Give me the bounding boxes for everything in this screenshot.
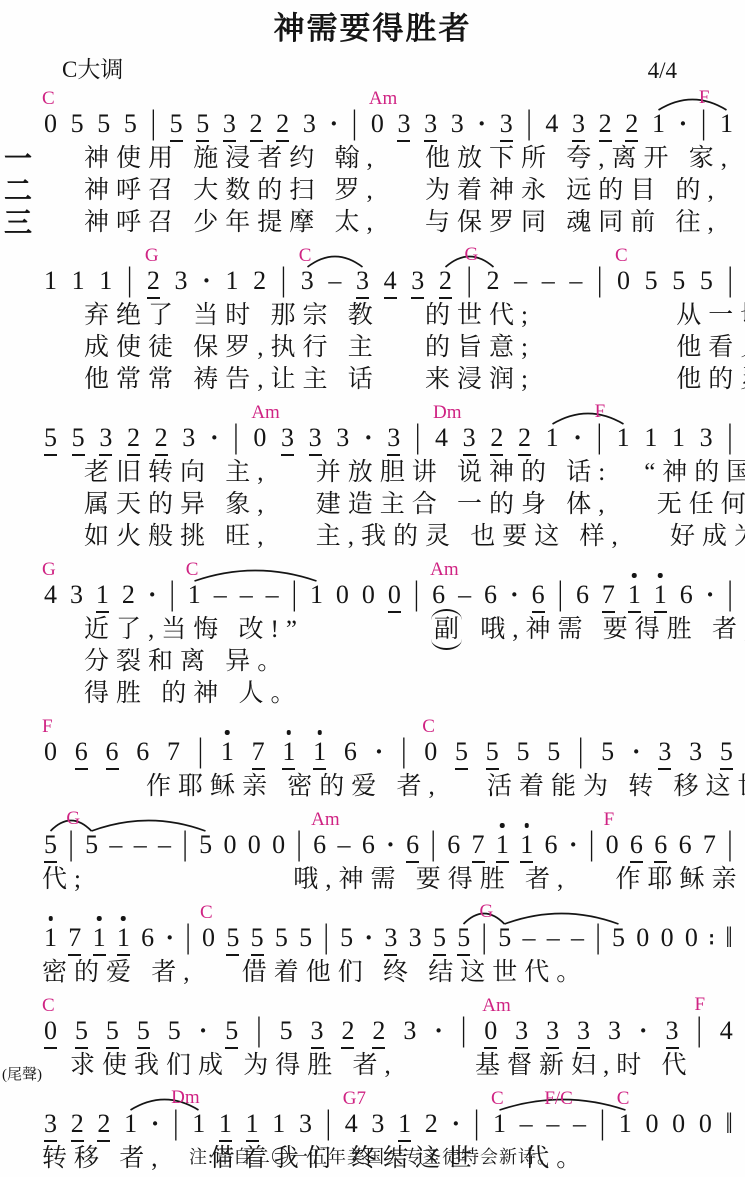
chord-label: F/C	[544, 1089, 573, 1108]
note-token: 5	[299, 925, 312, 956]
note-digit: |	[727, 577, 732, 617]
augmentation-dot: ·	[386, 832, 395, 863]
note-digit: –	[571, 925, 584, 956]
tie-arc	[553, 414, 624, 425]
note-digit: 2	[71, 1111, 84, 1142]
note-token: 5	[457, 925, 470, 956]
barline: |	[727, 424, 732, 456]
note-digit: |	[466, 263, 471, 303]
note-digit: ·	[706, 582, 715, 613]
note-digit: 5	[601, 739, 614, 770]
note-token: 3	[336, 425, 349, 456]
note-digit: 5	[168, 1018, 181, 1049]
barline: G|	[482, 924, 487, 956]
chord-label: Am	[482, 996, 511, 1015]
lyric-line: 作耶稣亲 密的爱 者, 活着能为 转 移这世	[42, 771, 737, 803]
lyric-text: 近了,当悔 改!” 副 哦,神需 要得胜 者,	[84, 616, 745, 643]
note-digit: |	[198, 734, 203, 774]
note-digit: 1	[72, 268, 85, 299]
duration-dash: –	[328, 268, 341, 299]
note-token: 3	[411, 268, 424, 299]
note-digit: 2	[518, 425, 531, 456]
note-digit: 4	[345, 1111, 358, 1142]
note-token: 1	[96, 582, 109, 613]
note-digit: 4	[44, 582, 57, 613]
note-digit: –	[520, 1111, 533, 1142]
note-digit: 1	[628, 582, 641, 613]
notation-line: F06667|17116·|C05555|5·335	[42, 712, 737, 770]
note-digit: ‖	[725, 923, 732, 959]
octave-dot-icon	[658, 573, 663, 578]
note-digit: ·	[210, 425, 219, 456]
note-token: 4	[720, 1018, 733, 1049]
octave-dot-icon	[287, 730, 292, 735]
note-token: 5	[433, 925, 446, 956]
note-token: G74	[345, 1111, 358, 1142]
note-token: 2	[518, 425, 531, 456]
note-digit: |	[68, 827, 73, 867]
note-token: C1	[619, 1111, 632, 1142]
note-digit: 6	[136, 739, 149, 770]
music-system: C0555|553223·|Am0333·3|43221·F|1一神使用 施浸者…	[42, 84, 737, 239]
note-digit: –	[458, 582, 471, 613]
note-digit: 5	[251, 925, 264, 956]
barline: Dm|	[173, 1110, 178, 1142]
note-digit: 2	[127, 425, 140, 456]
note-token: C3	[301, 268, 314, 299]
octave-dot-icon	[97, 916, 102, 921]
rest-token: 0	[645, 1111, 658, 1142]
note-digit: |	[281, 263, 286, 303]
note-digit: 1	[672, 425, 685, 456]
note-token: 5	[85, 832, 98, 863]
note-digit: ·	[329, 111, 338, 142]
lyric-text: 他常常 祷告,让主 话 来浸润; 他的灵	[84, 366, 745, 393]
duration-dash: –	[266, 582, 279, 613]
note-token: 1	[99, 268, 112, 299]
note-digit: –	[546, 1111, 559, 1142]
duration-dash: –	[337, 832, 350, 863]
note-digit: ·	[199, 1018, 208, 1049]
note-token: 6	[679, 832, 692, 863]
note-digit: 0	[371, 111, 384, 142]
note-token: 2	[425, 1111, 438, 1142]
duration-dash: –	[547, 925, 560, 956]
note-digit: 2	[276, 111, 289, 142]
note-token: 1	[246, 1111, 259, 1142]
note-token: 4	[545, 111, 558, 142]
note-digit: 0	[424, 739, 437, 770]
note-digit: 3	[223, 111, 236, 142]
note-digit: 0	[685, 925, 698, 956]
notation-line: 111|G23·12|C3–3432G|2–––|C0555|	[42, 241, 737, 299]
note-digit: 5	[225, 1018, 238, 1049]
note-digit: ·	[510, 582, 519, 613]
note-digit: ·	[386, 832, 395, 863]
note-token: 1	[313, 739, 326, 770]
note-token: 2	[97, 1111, 110, 1142]
note-token: 6	[630, 832, 643, 863]
rest-token: 0	[685, 925, 698, 956]
music-system: C05555·5|53223·|Am03333·3F|4(尾聲)求使我们成 为得…	[42, 991, 737, 1082]
note-digit: |	[292, 577, 297, 617]
note-digit: 1	[654, 582, 667, 613]
note-digit: 1	[520, 832, 533, 863]
note-token: 6	[141, 925, 154, 956]
rest-token: 0	[672, 1111, 685, 1142]
note-digit: 5	[275, 925, 288, 956]
lyric-line: 二神呼召 大数的扫 罗, 为着神永 远的目 的,	[42, 175, 737, 207]
note-digit: 3	[577, 1018, 590, 1049]
final-barline: ‖	[726, 1111, 733, 1142]
music-system: 17116·|C05555|5·3355G|5–––|5000∶‖密的爱 者, …	[42, 898, 737, 989]
notation-line: 553223·|Am0333·3|Dm43221·F|1113|	[42, 398, 737, 456]
note-digit: 3	[515, 1018, 528, 1049]
lyric-text: 分裂和离 异。	[84, 648, 289, 675]
note-digit: ·	[202, 268, 211, 299]
note-token: 1	[628, 582, 641, 613]
notation-line: C05555·5|53223·|Am03333·3F|4	[42, 991, 737, 1049]
note-token: 3	[175, 268, 188, 299]
note-token: 5	[486, 739, 499, 770]
note-digit: 3	[303, 111, 316, 142]
chord-label: C	[42, 89, 55, 108]
rest-token: 0	[248, 832, 261, 863]
note-digit: 2	[155, 425, 168, 456]
barline: |	[256, 1017, 261, 1049]
duration-dash: –	[240, 582, 253, 613]
note-token: 5	[455, 739, 468, 770]
note-token: 7	[602, 582, 615, 613]
chord-label: Am	[430, 560, 459, 579]
note-digit: 6	[141, 925, 154, 956]
note-digit: 3	[451, 111, 464, 142]
note-digit: 1	[93, 925, 106, 956]
augmentation-dot: ·	[679, 111, 688, 142]
note-digit: 1	[493, 1111, 506, 1142]
music-system: F06667|17116·|C05555|5·335作耶稣亲 密的爱 者, 活着…	[42, 712, 737, 803]
note-digit: 5	[612, 925, 625, 956]
note-digit: 5	[226, 925, 239, 956]
note-digit: 3	[546, 1018, 559, 1049]
note-digit: 3	[309, 425, 322, 456]
note-digit: 5	[672, 268, 685, 299]
note-token: 1	[617, 425, 630, 456]
note-token: 3	[515, 1018, 528, 1049]
barline: |	[727, 831, 732, 863]
lyrics-block: 弃绝了 当时 那宗 教 的世代; 从一切成使徒 保罗,执行 主 的旨意; 他看见…	[42, 300, 737, 396]
note-digit: 5	[106, 1018, 119, 1049]
note-digit: –	[240, 582, 253, 613]
note-digit: |	[482, 920, 487, 960]
note-token: 1	[644, 425, 657, 456]
note-digit: 0	[272, 832, 285, 863]
note-digit: 3	[301, 268, 314, 299]
note-token: 1	[496, 832, 509, 863]
note-digit: 0	[661, 925, 674, 956]
note-digit: |	[727, 420, 732, 460]
note-digit: 5	[498, 925, 511, 956]
augmentation-dot: ·	[632, 739, 641, 770]
note-digit: 5	[455, 739, 468, 770]
note-token: 3	[384, 925, 397, 956]
note-digit: 0	[44, 111, 57, 142]
note-digit: 1	[313, 739, 326, 770]
note-digit: |	[595, 920, 600, 960]
duration-dash: –	[569, 268, 582, 299]
note-digit: 5	[486, 739, 499, 770]
note-digit: 3	[299, 1111, 312, 1142]
note-digit: |	[727, 827, 732, 867]
barline: |	[526, 110, 531, 142]
note-token: 7	[472, 832, 485, 863]
note-token: 5	[124, 111, 137, 142]
note-token: 5	[672, 268, 685, 299]
note-digit: 5	[340, 925, 353, 956]
note-digit: –	[514, 268, 527, 299]
note-token: 1	[93, 925, 106, 956]
note-token: C1	[493, 1111, 506, 1142]
note-token: 5	[106, 1018, 119, 1049]
rest-token: C0	[44, 1018, 57, 1049]
note-digit: 6	[406, 832, 419, 863]
rest-token: C0	[617, 268, 630, 299]
note-digit: ·	[148, 582, 157, 613]
note-digit: 6	[630, 832, 643, 863]
note-digit: 5	[720, 739, 733, 770]
note-digit: 2	[253, 268, 266, 299]
final-barline: ‖	[725, 925, 732, 956]
chord-label: F	[42, 717, 53, 736]
chord-label: C	[42, 996, 55, 1015]
barline: |	[414, 581, 419, 613]
chord-label: C	[299, 246, 312, 265]
rest-token: 0	[661, 925, 674, 956]
note-token: 5	[170, 111, 183, 142]
note-digit: 6	[545, 832, 558, 863]
note-digit: 6	[344, 739, 357, 770]
note-digit: |	[256, 1013, 261, 1053]
rest-token: 0	[388, 582, 401, 613]
augmentation-dot: ·	[573, 425, 582, 456]
note-digit: ·	[364, 925, 373, 956]
barline: |	[401, 738, 406, 770]
note-digit: 3	[336, 425, 349, 456]
note-digit: 4	[545, 111, 558, 142]
note-digit: 7	[602, 582, 615, 613]
duration-dash: –	[571, 925, 584, 956]
note-digit: 6	[106, 739, 119, 770]
note-digit: 5	[457, 925, 470, 956]
note-digit: 3	[387, 425, 400, 456]
rest-token: 0	[636, 925, 649, 956]
note-digit: 6	[680, 582, 693, 613]
note-digit: 5	[299, 925, 312, 956]
lyric-text: 得胜 的神 人。	[84, 680, 303, 707]
note-digit: ∶	[709, 931, 714, 955]
lyric-line: 他常常 祷告,让主 话 来浸润; 他的灵	[42, 364, 737, 396]
note-digit: 1	[644, 425, 657, 456]
note-token: 5	[72, 425, 85, 456]
note-digit: 0	[223, 832, 236, 863]
notation-line: C0555|553223·|Am0333·3|43221·F|1	[42, 84, 737, 142]
lyric-text: 神呼召 少年提摩 太, 与保罗同 魂同前 往,	[84, 209, 721, 236]
note-digit: 5	[124, 111, 137, 142]
barline: |	[589, 831, 594, 863]
lyric-text: 神使用 施浸者约 翰, 他放下所 夸,离开 家,	[84, 145, 734, 172]
note-digit: 1	[225, 268, 238, 299]
note-digit: 3	[397, 111, 410, 142]
verse-label: 三	[4, 208, 32, 240]
note-digit: 7	[703, 832, 716, 863]
note-token: 6	[576, 582, 589, 613]
augmentation-dot: ·	[202, 268, 211, 299]
barline: |	[597, 267, 602, 299]
note-digit: 1	[96, 582, 109, 613]
note-token: 3	[182, 425, 195, 456]
note-token: Dm4	[435, 425, 448, 456]
note-digit: 0	[248, 832, 261, 863]
note-token: 1	[652, 111, 665, 142]
page-title: 神需要得胜者	[0, 0, 745, 47]
note-token: 2	[71, 1111, 84, 1142]
lyric-text: 弃绝了 当时 那宗 教 的世代; 从一切	[84, 302, 745, 329]
note-digit: 3	[44, 1111, 57, 1142]
note-token: 2	[276, 111, 289, 142]
note-digit: 0	[672, 1111, 685, 1142]
note-token: 5	[547, 739, 560, 770]
note-token: 2	[253, 268, 266, 299]
note-digit: 7	[167, 739, 180, 770]
lyrics-block: 近了,当悔 改!” 副 哦,神需 要得胜 者,分裂和离 异。得胜 的神 人。	[42, 614, 737, 710]
barline: |	[182, 831, 187, 863]
note-digit: |	[182, 827, 187, 867]
note-digit: |	[701, 106, 706, 146]
note-token: 3	[500, 111, 513, 142]
augmentation-dot: ·	[148, 582, 157, 613]
lyric-text: 如火般挑 旺, 主,我的灵 也要这 样, 好成为	[84, 523, 745, 550]
note-digit: 3	[281, 425, 294, 456]
note-digit: |	[401, 734, 406, 774]
lyric-line: (尾聲)求使我们成 为得胜 者, 基督新妇,时 代	[42, 1050, 737, 1082]
tie-arc	[195, 571, 317, 582]
duration-dash: –	[158, 832, 171, 863]
note-digit: |	[185, 920, 190, 960]
note-token: 5	[199, 832, 212, 863]
meta-row: C大调 4/4	[0, 47, 745, 84]
note-token: 3	[311, 1018, 324, 1049]
augmentation-dot: ·	[329, 111, 338, 142]
note-token: 5	[516, 739, 529, 770]
note-digit: |	[597, 263, 602, 303]
duration-dash: –	[458, 582, 471, 613]
note-token: 7	[252, 739, 265, 770]
sheet-music-page: 神需要得胜者 C大调 4/4 C0555|553223·|Am0333·3|43…	[0, 0, 745, 1177]
note-token: 1	[654, 582, 667, 613]
note-digit: –	[573, 1111, 586, 1142]
note-digit: 2	[372, 1018, 385, 1049]
note-token: 3	[70, 582, 83, 613]
verse-label: (尾聲)	[2, 1059, 42, 1091]
note-digit: 5	[547, 739, 560, 770]
note-digit: 3	[658, 739, 671, 770]
note-digit: 5	[700, 268, 713, 299]
note-token: 3	[223, 111, 236, 142]
notation-line: 17116·|C05555|5·3355G|5–––|5000∶‖	[42, 898, 737, 956]
note-digit: ·	[639, 1018, 648, 1049]
rest-token: 0	[272, 832, 285, 863]
lyric-line: 密的爱 者, 借着他们 终 结这世代。	[42, 957, 737, 989]
lyric-line: 老旧转向 主, 并放胆讲 说神的 话: “神的国	[42, 457, 737, 489]
note-token: 1	[44, 925, 57, 956]
augmentation-dot: ·	[569, 832, 578, 863]
chord-label: G7	[343, 1089, 366, 1108]
note-token: 3	[451, 111, 464, 142]
music-system: G4312·|C1–––|1000|Am6–6·6|67116·|近了,当悔 改…	[42, 555, 737, 710]
barline: |	[296, 831, 301, 863]
note-token: 7	[68, 925, 81, 956]
note-token: 1	[546, 425, 559, 456]
note-token: 6	[545, 832, 558, 863]
chord-label: F	[604, 810, 615, 829]
note-digit: 7	[68, 925, 81, 956]
lyrics-block: 密的爱 者, 借着他们 终 结这世代。	[42, 957, 737, 989]
octave-dot-icon	[317, 730, 322, 735]
chord-label: Dm	[433, 403, 462, 422]
note-digit: –	[134, 832, 147, 863]
note-token: 3	[303, 111, 316, 142]
chord-label: C	[422, 717, 435, 736]
note-digit: ·	[451, 1111, 460, 1142]
barline: |	[233, 424, 238, 456]
note-digit: 6	[679, 832, 692, 863]
note-digit: 2	[625, 111, 638, 142]
note-token: 1	[192, 1111, 205, 1142]
note-token: 3	[608, 1018, 621, 1049]
barline: G|	[466, 267, 471, 299]
note-digit: 3	[311, 1018, 324, 1049]
note-digit: ·	[151, 1111, 160, 1142]
lyric-line: 弃绝了 当时 那宗 教 的世代; 从一切	[42, 300, 737, 332]
note-digit: 2	[250, 111, 263, 142]
note-digit: ·	[477, 111, 486, 142]
note-digit: 1	[99, 268, 112, 299]
note-token: G2	[147, 268, 160, 299]
lyric-text: 属天的异 象, 建造主合 一的身 体, 无任何	[84, 491, 745, 518]
note-token: 2	[341, 1018, 354, 1049]
note-digit: 5	[137, 1018, 150, 1049]
note-token: 1	[272, 1111, 285, 1142]
note-token: 3	[356, 268, 369, 299]
music-system: 553223·|Am0333·3|Dm43221·F|1113|老旧转向 主, …	[42, 398, 737, 553]
note-token: 1	[72, 268, 85, 299]
duration-dash: –	[542, 268, 555, 299]
duration-dash: –	[520, 1111, 533, 1142]
note-token: 6	[362, 832, 375, 863]
note-digit: 6	[75, 739, 88, 770]
note-digit: 3	[463, 425, 476, 456]
note-digit: –	[214, 582, 227, 613]
octave-dot-icon	[121, 916, 126, 921]
note-token: 2	[372, 1018, 385, 1049]
note-token: 2	[127, 425, 140, 456]
duration-dash: –	[214, 582, 227, 613]
note-digit: 5	[645, 268, 658, 299]
duration-dash: F/C–	[546, 1111, 559, 1142]
augmentation-dot: ·	[165, 925, 174, 956]
note-token: 5	[280, 1018, 293, 1049]
note-digit: 2	[490, 425, 503, 456]
